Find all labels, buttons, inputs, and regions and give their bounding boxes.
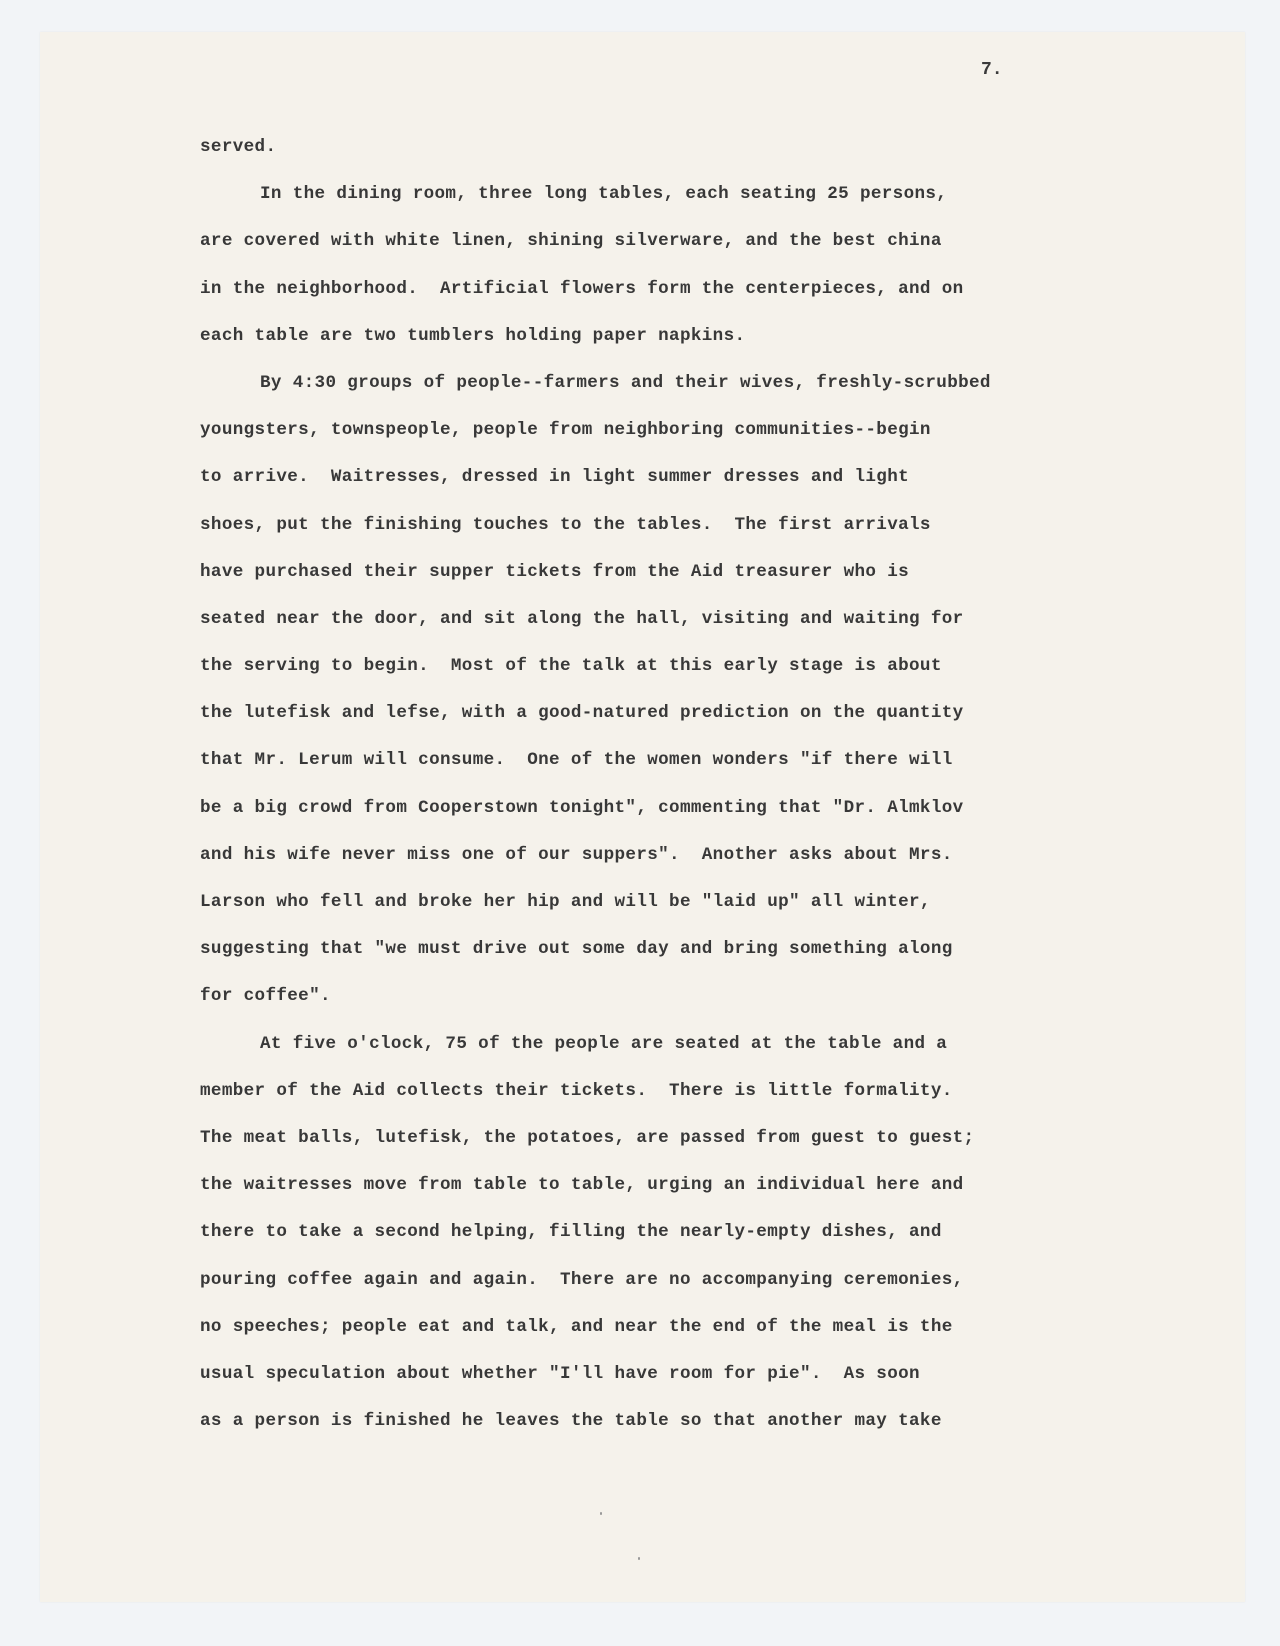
text-line: have purchased their supper tickets from… (200, 549, 1100, 596)
text-line: each table are two tumblers holding pape… (200, 313, 1100, 360)
text-line: there to take a second helping, filling … (200, 1209, 1100, 1256)
text-line: as a person is finished he leaves the ta… (200, 1398, 1100, 1445)
paper-speck (638, 1557, 640, 1560)
text-line: youngsters, townspeople, people from nei… (200, 407, 1100, 454)
page-number: 7. (981, 60, 1003, 80)
text-line: Larson who fell and broke her hip and wi… (200, 879, 1100, 926)
text-line: and his wife never miss one of our suppe… (200, 832, 1100, 879)
text-line: member of the Aid collects their tickets… (200, 1068, 1100, 1115)
document-body: served.In the dining room, three long ta… (200, 124, 1100, 1445)
text-line: be a big crowd from Cooperstown tonight"… (200, 785, 1100, 832)
text-line: to arrive. Waitresses, dressed in light … (200, 454, 1100, 501)
text-line: no speeches; people eat and talk, and ne… (200, 1304, 1100, 1351)
text-line: the lutefisk and lefse, with a good-natu… (200, 690, 1100, 737)
text-line: shoes, put the finishing touches to the … (200, 502, 1100, 549)
text-line: for coffee". (200, 973, 1100, 1020)
text-line: that Mr. Lerum will consume. One of the … (200, 737, 1100, 784)
text-line: At five o'clock, 75 of the people are se… (200, 1021, 1100, 1068)
text-line: seated near the door, and sit along the … (200, 596, 1100, 643)
text-line: in the neighborhood. Artificial flowers … (200, 266, 1100, 313)
typewritten-page: 7. served.In the dining room, three long… (40, 32, 1245, 1602)
text-line: suggesting that "we must drive out some … (200, 926, 1100, 973)
text-line: served. (200, 124, 1100, 171)
text-line: the waitresses move from table to table,… (200, 1162, 1100, 1209)
text-line: In the dining room, three long tables, e… (200, 171, 1100, 218)
text-line: usual speculation about whether "I'll ha… (200, 1351, 1100, 1398)
text-line: The meat balls, lutefisk, the potatoes, … (200, 1115, 1100, 1162)
paper-speck (600, 1512, 602, 1515)
text-line: By 4:30 groups of people--farmers and th… (200, 360, 1100, 407)
text-line: are covered with white linen, shining si… (200, 218, 1100, 265)
text-line: the serving to begin. Most of the talk a… (200, 643, 1100, 690)
text-line: pouring coffee again and again. There ar… (200, 1257, 1100, 1304)
